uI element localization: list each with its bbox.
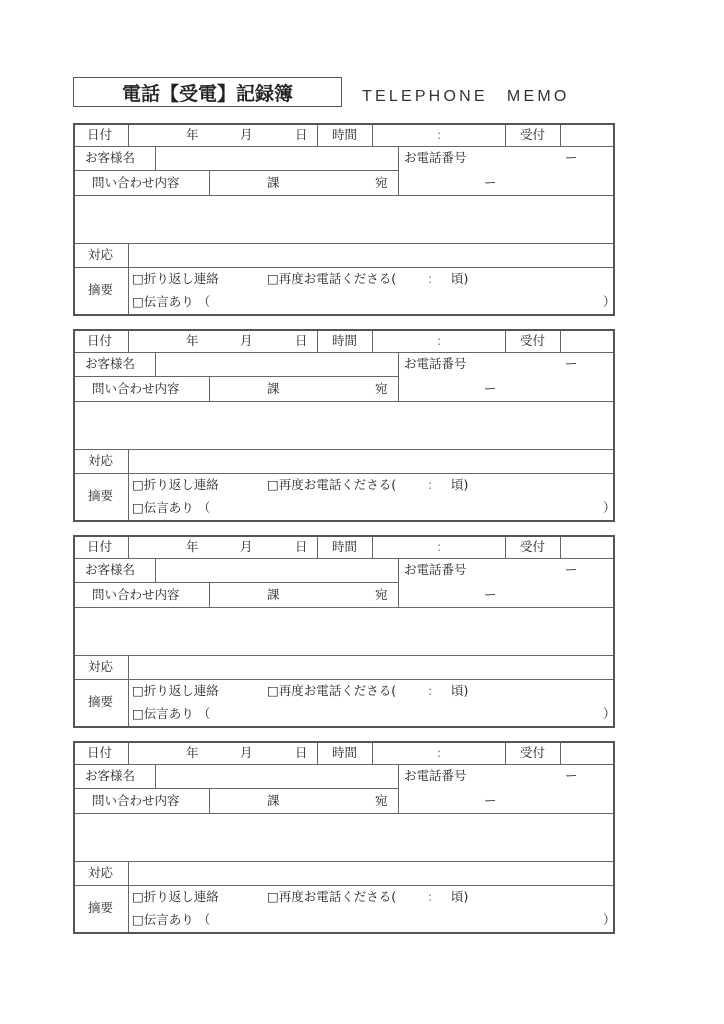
message-checkbox[interactable]: □伝言あり （ bbox=[132, 708, 210, 721]
department-field[interactable] bbox=[211, 376, 397, 401]
col-divider bbox=[505, 537, 506, 558]
col-divider bbox=[128, 449, 129, 520]
year-label: 年 bbox=[186, 541, 199, 554]
customer-name-field[interactable] bbox=[157, 764, 397, 788]
date-field[interactable] bbox=[130, 537, 316, 558]
message-close-paren: ） bbox=[603, 296, 616, 309]
receiver-label: 受付 bbox=[520, 747, 545, 760]
receiver-label: 受付 bbox=[520, 541, 545, 554]
response-label: 対応 bbox=[88, 867, 113, 880]
date-label: 日付 bbox=[87, 747, 112, 760]
col-divider bbox=[560, 537, 561, 558]
col-divider bbox=[560, 331, 561, 352]
call-again-time-end: 頃) bbox=[451, 891, 468, 904]
month-label: 月 bbox=[240, 747, 253, 760]
receiver-field[interactable] bbox=[562, 537, 613, 558]
phone-dash: ー bbox=[565, 152, 578, 165]
year-label: 年 bbox=[186, 335, 199, 348]
response-label: 対応 bbox=[88, 661, 113, 674]
message-close-paren: ） bbox=[603, 502, 616, 515]
col-divider bbox=[128, 125, 129, 146]
date-label: 日付 bbox=[87, 541, 112, 554]
col-divider bbox=[128, 243, 129, 314]
col-divider bbox=[128, 655, 129, 726]
phone-number-field[interactable] bbox=[400, 558, 613, 607]
col-divider bbox=[372, 331, 373, 352]
col-divider bbox=[505, 125, 506, 146]
receiver-field[interactable] bbox=[562, 331, 613, 352]
col-divider bbox=[372, 537, 373, 558]
row-divider bbox=[75, 679, 613, 680]
phone-dash: ー bbox=[565, 770, 578, 783]
message-close-paren: ） bbox=[603, 914, 616, 927]
callback-checkbox[interactable]: □折り返し連絡 bbox=[132, 273, 219, 286]
time-separator: : bbox=[437, 129, 441, 142]
page-title: 電話【受電】記録簿 bbox=[73, 77, 342, 107]
call-again-checkbox[interactable]: □再度お電話くださる( bbox=[267, 891, 396, 904]
addressee-label: 宛 bbox=[375, 795, 388, 808]
phone-dash: ー bbox=[565, 564, 578, 577]
col-divider bbox=[317, 537, 318, 558]
day-label: 日 bbox=[295, 541, 308, 554]
call-again-time-separator: : bbox=[428, 891, 432, 904]
row-divider bbox=[75, 885, 613, 886]
call-again-time-separator: : bbox=[428, 685, 432, 698]
phone-dash: ー bbox=[484, 589, 497, 602]
phone-number-field[interactable] bbox=[400, 146, 613, 195]
phone-dash: ー bbox=[484, 177, 497, 190]
department-field[interactable] bbox=[211, 582, 397, 607]
customer-name-label: お客様名 bbox=[85, 564, 135, 577]
response-label: 対応 bbox=[88, 249, 113, 262]
day-label: 日 bbox=[295, 747, 308, 760]
summary-label: 摘要 bbox=[88, 490, 113, 503]
customer-name-field[interactable] bbox=[157, 558, 397, 582]
call-again-checkbox[interactable]: □再度お電話くださる( bbox=[267, 685, 396, 698]
call-again-checkbox[interactable]: □再度お電話くださる( bbox=[267, 479, 396, 492]
col-divider bbox=[155, 146, 156, 170]
col-divider bbox=[155, 352, 156, 376]
col-divider bbox=[560, 743, 561, 764]
col-divider bbox=[317, 125, 318, 146]
col-divider bbox=[398, 146, 399, 195]
addressee-label: 宛 bbox=[375, 383, 388, 396]
inquiry-content-field[interactable] bbox=[75, 608, 613, 655]
message-close-paren: ） bbox=[603, 708, 616, 721]
col-divider bbox=[317, 331, 318, 352]
col-divider bbox=[128, 861, 129, 932]
col-divider bbox=[128, 743, 129, 764]
telephone-memo-form-4: 日付 年 月 日 時間 : 受付 お客様名 お電話番号 ー 問い合わせ内容 課 … bbox=[73, 741, 615, 934]
department-field[interactable] bbox=[211, 788, 397, 813]
col-divider bbox=[209, 376, 210, 401]
customer-name-label: お客様名 bbox=[85, 770, 135, 783]
date-field[interactable] bbox=[130, 125, 316, 146]
response-field[interactable] bbox=[130, 449, 613, 473]
date-field[interactable] bbox=[130, 331, 316, 352]
summary-label: 摘要 bbox=[88, 902, 113, 915]
response-field[interactable] bbox=[130, 243, 613, 267]
col-divider bbox=[560, 125, 561, 146]
year-label: 年 bbox=[186, 129, 199, 142]
month-label: 月 bbox=[240, 541, 253, 554]
call-again-checkbox[interactable]: □再度お電話くださる( bbox=[267, 273, 396, 286]
inquiry-content-field[interactable] bbox=[75, 814, 613, 861]
call-again-time-end: 頃) bbox=[451, 685, 468, 698]
col-divider bbox=[372, 125, 373, 146]
date-label: 日付 bbox=[87, 129, 112, 142]
col-divider bbox=[128, 537, 129, 558]
phone-dash: ー bbox=[484, 795, 497, 808]
month-label: 月 bbox=[240, 335, 253, 348]
time-separator: : bbox=[437, 335, 441, 348]
col-divider bbox=[155, 764, 156, 788]
customer-name-field[interactable] bbox=[157, 146, 397, 170]
addressee-label: 宛 bbox=[375, 177, 388, 190]
call-again-time-separator: : bbox=[428, 479, 432, 492]
date-label: 日付 bbox=[87, 335, 112, 348]
inquiry-label: 問い合わせ内容 bbox=[92, 589, 180, 602]
department-label: 課 bbox=[267, 795, 280, 808]
inquiry-label: 問い合わせ内容 bbox=[92, 795, 180, 808]
row-divider bbox=[75, 473, 613, 474]
department-label: 課 bbox=[267, 383, 280, 396]
col-divider bbox=[505, 331, 506, 352]
year-label: 年 bbox=[186, 747, 199, 760]
time-label: 時間 bbox=[332, 541, 357, 554]
addressee-label: 宛 bbox=[375, 589, 388, 602]
response-label: 対応 bbox=[88, 455, 113, 468]
col-divider bbox=[209, 582, 210, 607]
receiver-field[interactable] bbox=[562, 743, 613, 764]
response-field[interactable] bbox=[130, 655, 613, 679]
time-label: 時間 bbox=[332, 335, 357, 348]
col-divider bbox=[155, 558, 156, 582]
date-field[interactable] bbox=[130, 743, 316, 764]
col-divider bbox=[505, 743, 506, 764]
telephone-memo-form-1: 日付 年 月 日 時間 : 受付 お客様名 お電話番号 ー 問い合わせ内容 課 … bbox=[73, 123, 615, 316]
col-divider bbox=[398, 352, 399, 401]
callback-checkbox[interactable]: □折り返し連絡 bbox=[132, 479, 219, 492]
phone-number-field[interactable] bbox=[400, 764, 613, 813]
day-label: 日 bbox=[295, 335, 308, 348]
phone-dash: ー bbox=[565, 358, 578, 371]
time-separator: : bbox=[437, 747, 441, 760]
call-again-time-end: 頃) bbox=[451, 273, 468, 286]
customer-name-label: お客様名 bbox=[85, 358, 135, 371]
department-label: 課 bbox=[267, 589, 280, 602]
col-divider bbox=[128, 331, 129, 352]
message-checkbox[interactable]: □伝言あり （ bbox=[132, 296, 210, 309]
telephone-memo-form-3: 日付 年 月 日 時間 : 受付 お客様名 お電話番号 ー 問い合わせ内容 課 … bbox=[73, 535, 615, 728]
receiver-field[interactable] bbox=[562, 125, 613, 146]
receiver-label: 受付 bbox=[520, 129, 545, 142]
call-again-time-separator: : bbox=[428, 273, 432, 286]
message-checkbox[interactable]: □伝言あり （ bbox=[132, 914, 210, 927]
time-separator: : bbox=[437, 541, 441, 554]
col-divider bbox=[317, 743, 318, 764]
inquiry-content-field[interactable] bbox=[75, 196, 613, 243]
call-again-time-end: 頃) bbox=[451, 479, 468, 492]
phone-number-field[interactable] bbox=[400, 352, 613, 401]
customer-name-label: お客様名 bbox=[85, 152, 135, 165]
summary-label: 摘要 bbox=[88, 696, 113, 709]
receiver-label: 受付 bbox=[520, 335, 545, 348]
response-field[interactable] bbox=[130, 861, 613, 885]
department-label: 課 bbox=[267, 177, 280, 190]
page-subtitle: TELEPHONE MEMO bbox=[362, 83, 570, 106]
time-label: 時間 bbox=[332, 129, 357, 142]
inquiry-label: 問い合わせ内容 bbox=[92, 383, 180, 396]
department-field[interactable] bbox=[211, 170, 397, 195]
time-label: 時間 bbox=[332, 747, 357, 760]
col-divider bbox=[209, 788, 210, 813]
inquiry-label: 問い合わせ内容 bbox=[92, 177, 180, 190]
customer-name-field[interactable] bbox=[157, 352, 397, 376]
col-divider bbox=[398, 764, 399, 813]
telephone-memo-form-2: 日付 年 月 日 時間 : 受付 お客様名 お電話番号 ー 問い合わせ内容 課 … bbox=[73, 329, 615, 522]
inquiry-content-field[interactable] bbox=[75, 402, 613, 449]
day-label: 日 bbox=[295, 129, 308, 142]
callback-checkbox[interactable]: □折り返し連絡 bbox=[132, 891, 219, 904]
row-divider bbox=[75, 267, 613, 268]
callback-checkbox[interactable]: □折り返し連絡 bbox=[132, 685, 219, 698]
phone-dash: ー bbox=[484, 383, 497, 396]
month-label: 月 bbox=[240, 129, 253, 142]
summary-label: 摘要 bbox=[88, 284, 113, 297]
col-divider bbox=[372, 743, 373, 764]
col-divider bbox=[398, 558, 399, 607]
message-checkbox[interactable]: □伝言あり （ bbox=[132, 502, 210, 515]
col-divider bbox=[209, 170, 210, 195]
